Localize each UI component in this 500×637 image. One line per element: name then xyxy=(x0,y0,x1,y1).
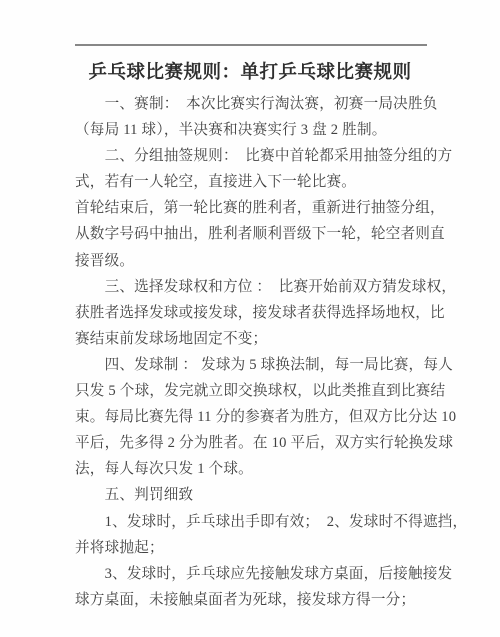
text-line: 赛结束前发球场地固定不变； xyxy=(75,326,445,352)
text-line: 一、赛制： 本次比赛实行淘汰赛，初赛一局决胜负 xyxy=(75,91,445,117)
text-line: 五、判罚细致 xyxy=(75,482,445,508)
text-line: 四、发球制 ： 发球为 5 球换法制，每一局比赛，每人 xyxy=(75,352,445,378)
text-line: 接晋级。 xyxy=(75,248,445,274)
text-line: 首轮结束后，第一轮比赛的胜利者，重新进行抽签分组， xyxy=(75,195,445,221)
text-line: 获胜者选择发球或接发球，接发球者获得选择场地权，比 xyxy=(75,300,445,326)
text-line: 3、发球时，乒乓球应先接触发球方桌面，后接触接发 xyxy=(75,561,445,587)
text-line: 式，若有一人轮空，直接进入下一轮比赛。 xyxy=(75,169,445,195)
document-page: 乒乓球比赛规则：单打乒乓球比赛规则 一、赛制： 本次比赛实行淘汰赛，初赛一局决胜… xyxy=(0,0,500,637)
text-line: 并将球抛起； xyxy=(75,535,445,561)
text-line: 二、分组抽签规则： 比赛中首轮都采用抽签分组的方 xyxy=(75,143,445,169)
document-title: 乒乓球比赛规则：单打乒乓球比赛规则 xyxy=(0,58,500,84)
text-line: 从数字号码中抽出，胜利者顺利晋级下一轮，轮空者则直 xyxy=(75,221,445,247)
text-line: 只发 5 个球，发完就立即交换球权，以此类推直到比赛结 xyxy=(75,378,445,404)
text-line: 法，每人每次只发 1 个球。 xyxy=(75,456,445,482)
document-body: 一、赛制： 本次比赛实行淘汰赛，初赛一局决胜负（每局 11 球），半决赛和决赛实… xyxy=(75,91,445,613)
text-line: 三、选择发球权和方位 ： 比赛开始前双方猜发球权， xyxy=(75,274,445,300)
text-line: 球方桌面，未接触桌面者为死球，接发球方得一分； xyxy=(75,587,445,613)
text-line: 1、发球时，乒乓球出手即有效； 2、发球时不得遮挡， xyxy=(75,509,445,535)
text-line: 束。每局比赛先得 11 分的参赛者为胜方，但双方比分达 10 xyxy=(75,404,445,430)
text-line: 平后，先多得 2 分为胜者。在 10 平后，双方实行轮换发球 xyxy=(75,430,445,456)
text-line: （每局 11 球），半决赛和决赛实行 3 盘 2 胜制。 xyxy=(75,117,445,143)
horizontal-rule xyxy=(75,44,427,46)
